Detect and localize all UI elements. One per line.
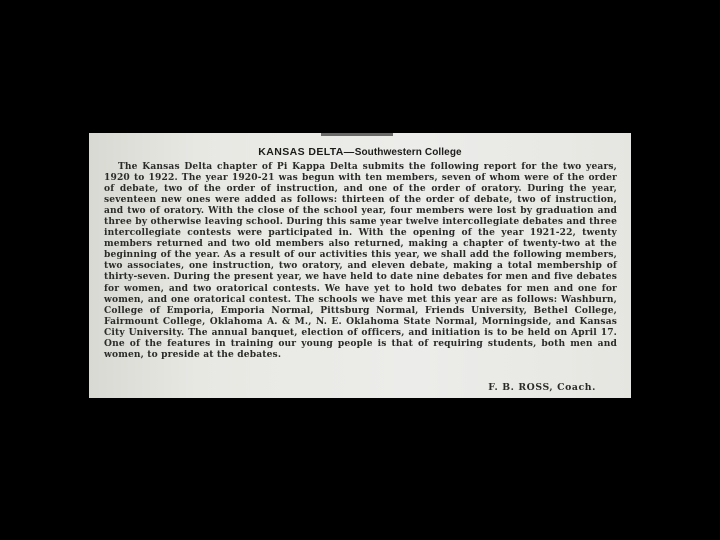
heading-chapter: KANSAS DELTA (258, 146, 344, 158)
article-signature: F. B. ROSS, Coach. (488, 382, 596, 393)
article-body: The Kansas Delta chapter of Pi Kappa Del… (104, 161, 617, 360)
heading-dash: — (344, 146, 355, 158)
document-clipping: KANSAS DELTA—Southwestern College The Ka… (89, 133, 631, 398)
rule-mark (321, 133, 393, 136)
article-heading: KANSAS DELTA—Southwestern College (89, 146, 631, 158)
heading-college: Southwestern College (355, 147, 462, 158)
